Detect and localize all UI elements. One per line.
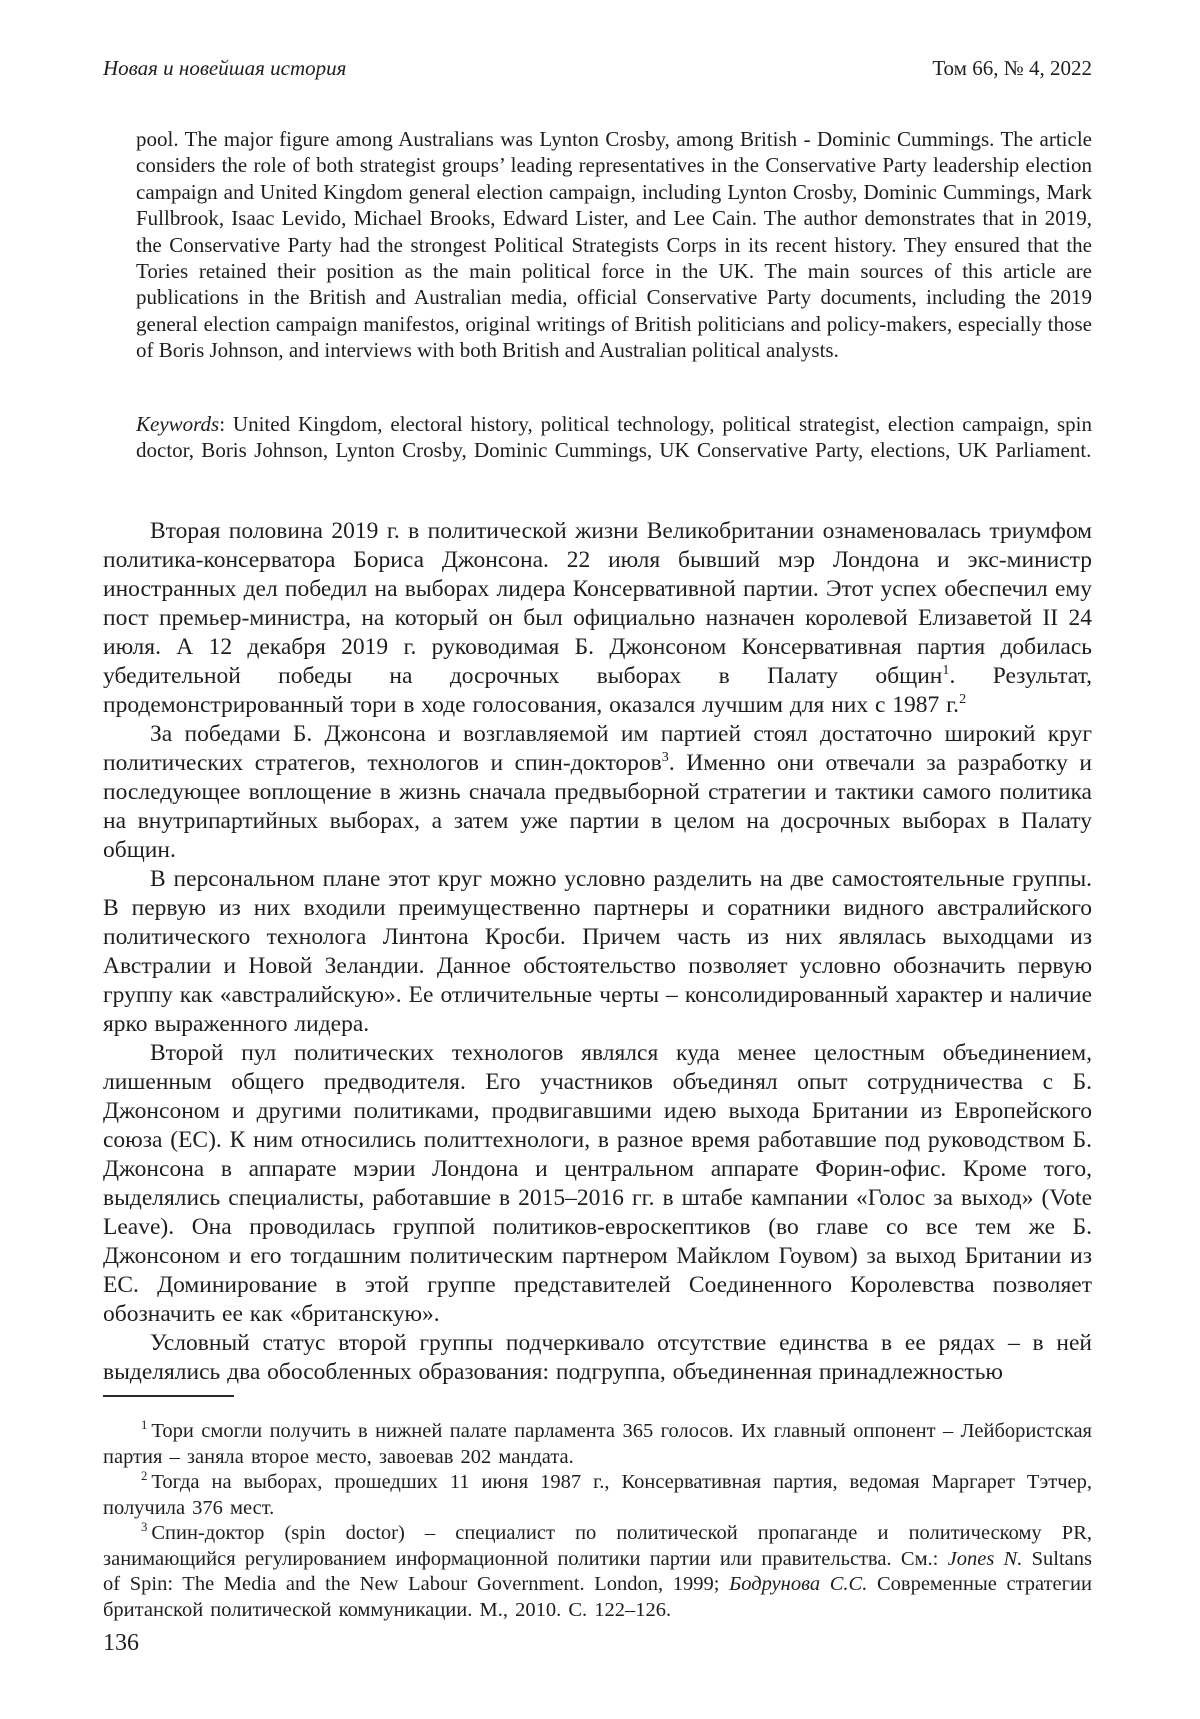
keywords-section: Keywords: United Kingdom, electoral hist… (136, 411, 1092, 464)
keywords-paragraph: Keywords: United Kingdom, electoral hist… (136, 411, 1092, 464)
body-paragraph-2: За победами Б. Джонсона и возглавляемой … (103, 720, 1092, 865)
footnote-area: 1Тори смогли получить в нижней палате па… (103, 1395, 1092, 1623)
issue-info: Том 66, № 4, 2022 (932, 56, 1092, 81)
keywords-label: Keywords (136, 412, 219, 436)
footnote-ref-2: 2 (959, 691, 966, 707)
footnote-3-cite-author-1: Jones N. (948, 1548, 1023, 1570)
body-paragraph-3: В персональном плане этот круг можно усл… (103, 865, 1092, 1039)
footnote-3-cite-author-2: Бодрунова С.С. (729, 1573, 867, 1595)
article-body: Вторая половина 2019 г. в политической ж… (103, 517, 1092, 1387)
keywords-list: : United Kingdom, electoral history, pol… (136, 412, 1092, 462)
footnote-1-marker: 1 (141, 1418, 147, 1432)
page-number: 136 (103, 1630, 139, 1656)
footnote-separator (103, 1395, 234, 1397)
abstract-text: pool. The major figure among Australians… (136, 126, 1092, 364)
running-head: Новая и новейшая история Том 66, № 4, 20… (103, 56, 1092, 81)
footnote-2-marker: 2 (141, 1469, 147, 1483)
journal-page: Новая и новейшая история Том 66, № 4, 20… (0, 0, 1200, 1719)
footnote-3-marker: 3 (141, 1520, 147, 1534)
footnote-ref-3: 3 (662, 749, 669, 765)
footnote-2-text: Тогда на выборах, прошедших 11 июня 1987… (103, 1471, 1092, 1519)
footnote-3: 3Спин-доктор (spin doctor) – специалист … (103, 1521, 1092, 1623)
footnote-1: 1Тори смогли получить в нижней палате па… (103, 1419, 1092, 1470)
journal-title: Новая и новейшая история (103, 56, 346, 81)
abstract-section: pool. The major figure among Australians… (136, 126, 1092, 364)
body-paragraph-1: Вторая половина 2019 г. в политической ж… (103, 517, 1092, 720)
body-paragraph-5: Условный статус второй группы подчеркива… (103, 1329, 1092, 1387)
footnote-3-text: Спин-доктор (spin doctor) – специалист п… (103, 1522, 1092, 1570)
footnote-1-text: Тори смогли получить в нижней палате пар… (103, 1420, 1092, 1468)
footnote-2: 2Тогда на выборах, прошедших 11 июня 198… (103, 1470, 1092, 1521)
body-paragraph-4: Второй пул политических технологов являл… (103, 1039, 1092, 1329)
